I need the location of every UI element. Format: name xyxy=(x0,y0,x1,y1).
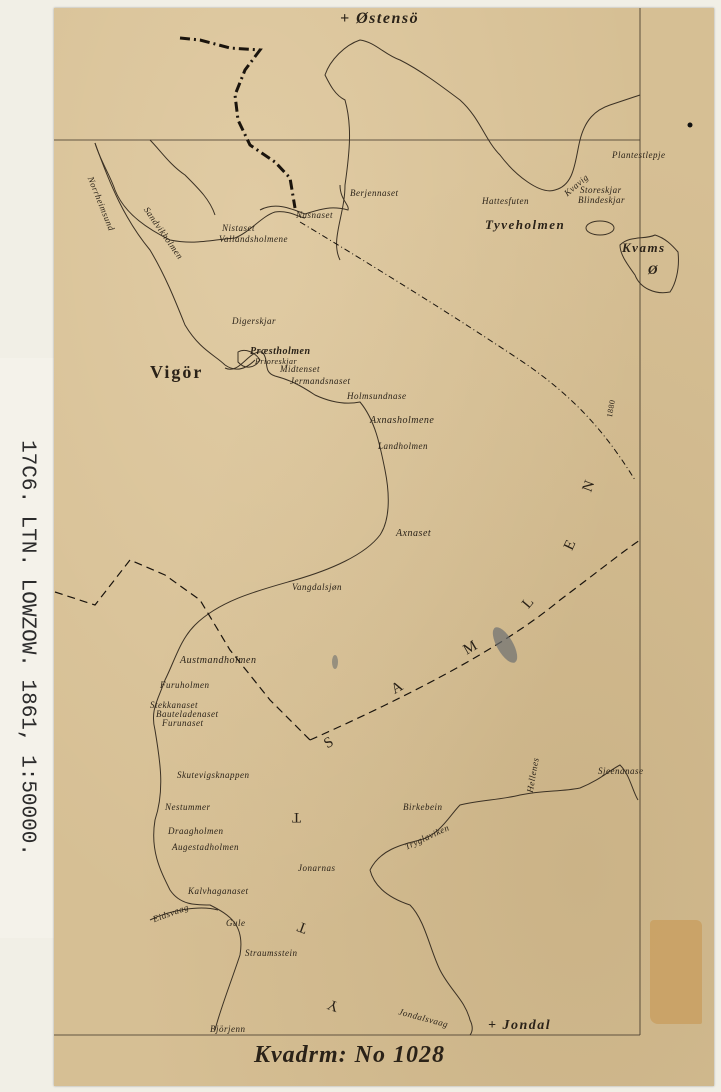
map-sheet-title: Kvadrm: No 1028 xyxy=(254,1042,445,1069)
label-gule: Gule xyxy=(226,918,246,928)
label-furunaset: Furunaset xyxy=(162,718,204,728)
label-augestadholmen: Augestadholmen xyxy=(172,842,239,852)
label-digerskjar: Digerskjar xyxy=(232,316,276,326)
label-kvams: Kvams xyxy=(622,240,666,256)
label-nestummer: Nestummer xyxy=(165,802,211,812)
label-axnasholmene: Axnasholmene xyxy=(370,415,434,426)
label-ostenso: + Østensö xyxy=(340,10,419,28)
label-bjorjenn: Björjenn xyxy=(210,1024,246,1034)
label-landholmen: Landholmen xyxy=(378,441,428,451)
label-blindeskjar: Blindeskjar xyxy=(578,195,625,205)
label-vallandsholmene: Vallandsholmene xyxy=(219,234,288,244)
label-midtenset: Midtenset xyxy=(280,364,320,374)
label-straumsstein: Straumsstein xyxy=(245,948,298,958)
label-vigor: Vigör xyxy=(150,362,203,383)
label-praestholmen: Præstholmen xyxy=(250,346,311,357)
label-hattesfuten: Hattesfuten xyxy=(482,196,529,206)
label-storeskjar: Storeskjar xyxy=(580,185,622,195)
label-jermandsnaset: Jermandsnaset xyxy=(290,376,351,386)
ink-blot-small xyxy=(332,655,338,669)
label-jonarnas: Jonarnas xyxy=(298,863,336,873)
label-birkebein: Birkebein xyxy=(403,802,443,812)
fjord-letter-south: T xyxy=(292,808,301,825)
label-jondal: + Jondal xyxy=(488,1018,551,1034)
label-holmsundnase: Holmsundnase xyxy=(347,391,407,401)
label-vangdalsjoen: Vangdalsjøn xyxy=(292,582,342,592)
map-linework xyxy=(0,0,721,1092)
label-axnaset: Axnaset xyxy=(396,528,431,539)
label-kalvhaganaset: Kalvhaganaset xyxy=(188,886,249,896)
label-sjeenanase: Sjeenanase xyxy=(598,766,644,776)
ink-blot xyxy=(488,624,522,667)
label-plantesltepje: Plantestlepje xyxy=(612,150,666,160)
label-skutevigsknappen: Skutevigsknappen xyxy=(177,770,249,780)
ink-dot xyxy=(688,123,693,128)
label-kvams-o: Ø xyxy=(648,262,659,278)
label-nasnaset: Nasnaset xyxy=(296,210,333,220)
label-nistaset: Nistaset xyxy=(222,223,255,233)
fjord-division-line xyxy=(310,540,640,740)
label-austmandholmen: Austmandholmen xyxy=(180,655,256,666)
county-boundary xyxy=(300,222,635,480)
label-furuholmen: Furuholmen xyxy=(160,680,210,690)
parish-boundary xyxy=(180,38,295,208)
label-berjennaset: Berjennaset xyxy=(350,188,399,198)
label-tyveholmen: Tyveholmen xyxy=(485,217,565,233)
label-draaholmen: Draagholmen xyxy=(168,826,224,836)
